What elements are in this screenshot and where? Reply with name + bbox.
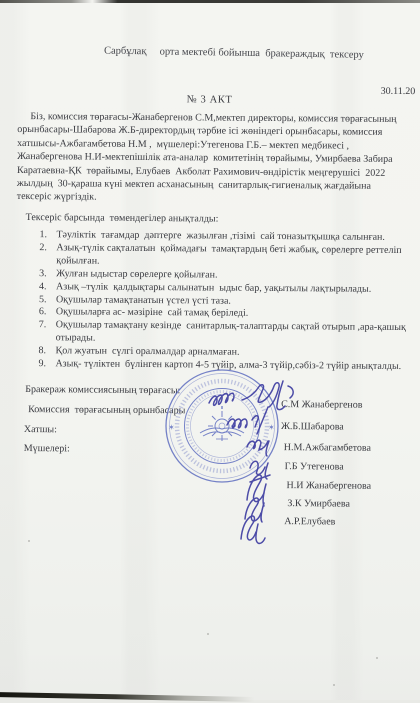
finding-text: Азық- түліктен бүлінген картоп 4-5 түйір…	[55, 358, 401, 374]
finding-number: 1.	[39, 229, 56, 242]
act-number: № 3 АКТ	[0, 93, 420, 107]
finding-item: 9.Азық- түліктен бүлінген картоп 4-5 түй…	[0, 358, 420, 375]
signature-label: Комиссия төрағасының орынбасары	[28, 404, 185, 416]
signature-label: Хатшы:	[24, 424, 57, 435]
finding-number: 3.	[39, 268, 56, 281]
finding-line: Жулған ыдыстар сөрелерге қойылған.	[56, 268, 217, 282]
signature-name: Г.Б Утегенова	[285, 461, 344, 472]
finding-text: Жулған ыдыстар сөрелерге қойылған.	[56, 268, 217, 282]
finding-number: 8.	[39, 345, 56, 358]
document-title: Сарбұлақ орта мектебі бойынша бракеражды…	[24, 44, 420, 62]
signature-name: С.М Жанабергенов	[281, 399, 362, 411]
finding-item: 2.Азық-түлік сақталатын қоймадағы тамақт…	[0, 242, 420, 271]
findings-heading: Тексеріс барсында төмендегілер анықталды…	[26, 212, 219, 225]
signature-name: Н.И Жанабергенова	[286, 480, 371, 492]
signature-name: А.Р.Елубаев	[284, 516, 335, 527]
signature-label: Бракераж комиссиясының төрағасы:	[25, 384, 180, 396]
finding-number: 7.	[39, 320, 56, 346]
finding-number: 4.	[39, 281, 56, 294]
finding-number: 9.	[38, 358, 55, 371]
finding-line: Азық-түлік сақталатын қоймадағы тамақтар…	[56, 242, 401, 258]
signature-label: Мүшелері:	[24, 443, 70, 454]
findings-list: 1.Тәуліктік тағамдар дәптерге жазылған ,…	[0, 229, 420, 375]
scanned-document-page: Сарбұлақ орта мектебі бойынша бракеражды…	[0, 0, 420, 700]
finding-line: Азық- түліктен бүлінген картоп 4-5 түйір…	[55, 358, 401, 374]
intro-paragraph: Біз, комиссия төрағасы-Жанабергенов С.М,…	[17, 110, 397, 207]
signature-name: З.К Умирбаева	[287, 498, 350, 509]
signature-name: Н.М.Ажбагамбетова	[284, 442, 371, 454]
signature-name: Ж.Б.Шабарова	[281, 421, 344, 432]
finding-number: 5.	[39, 294, 56, 307]
finding-text: Азық-түлік сақталатын қоймадағы тамақтар…	[56, 242, 401, 271]
document-content: Сарбұлақ орта мектебі бойынша бракеражды…	[0, 0, 420, 700]
finding-number: 6.	[39, 307, 56, 320]
intro-line: тексеріс жүргіздік.	[17, 190, 396, 206]
finding-item: 7.Оқушылар тамақтану кезінде санитарлық-…	[0, 319, 420, 348]
finding-number: 2.	[39, 242, 56, 268]
finding-text: Оқушылар тамақтану кезінде санитарлық-та…	[56, 320, 406, 349]
